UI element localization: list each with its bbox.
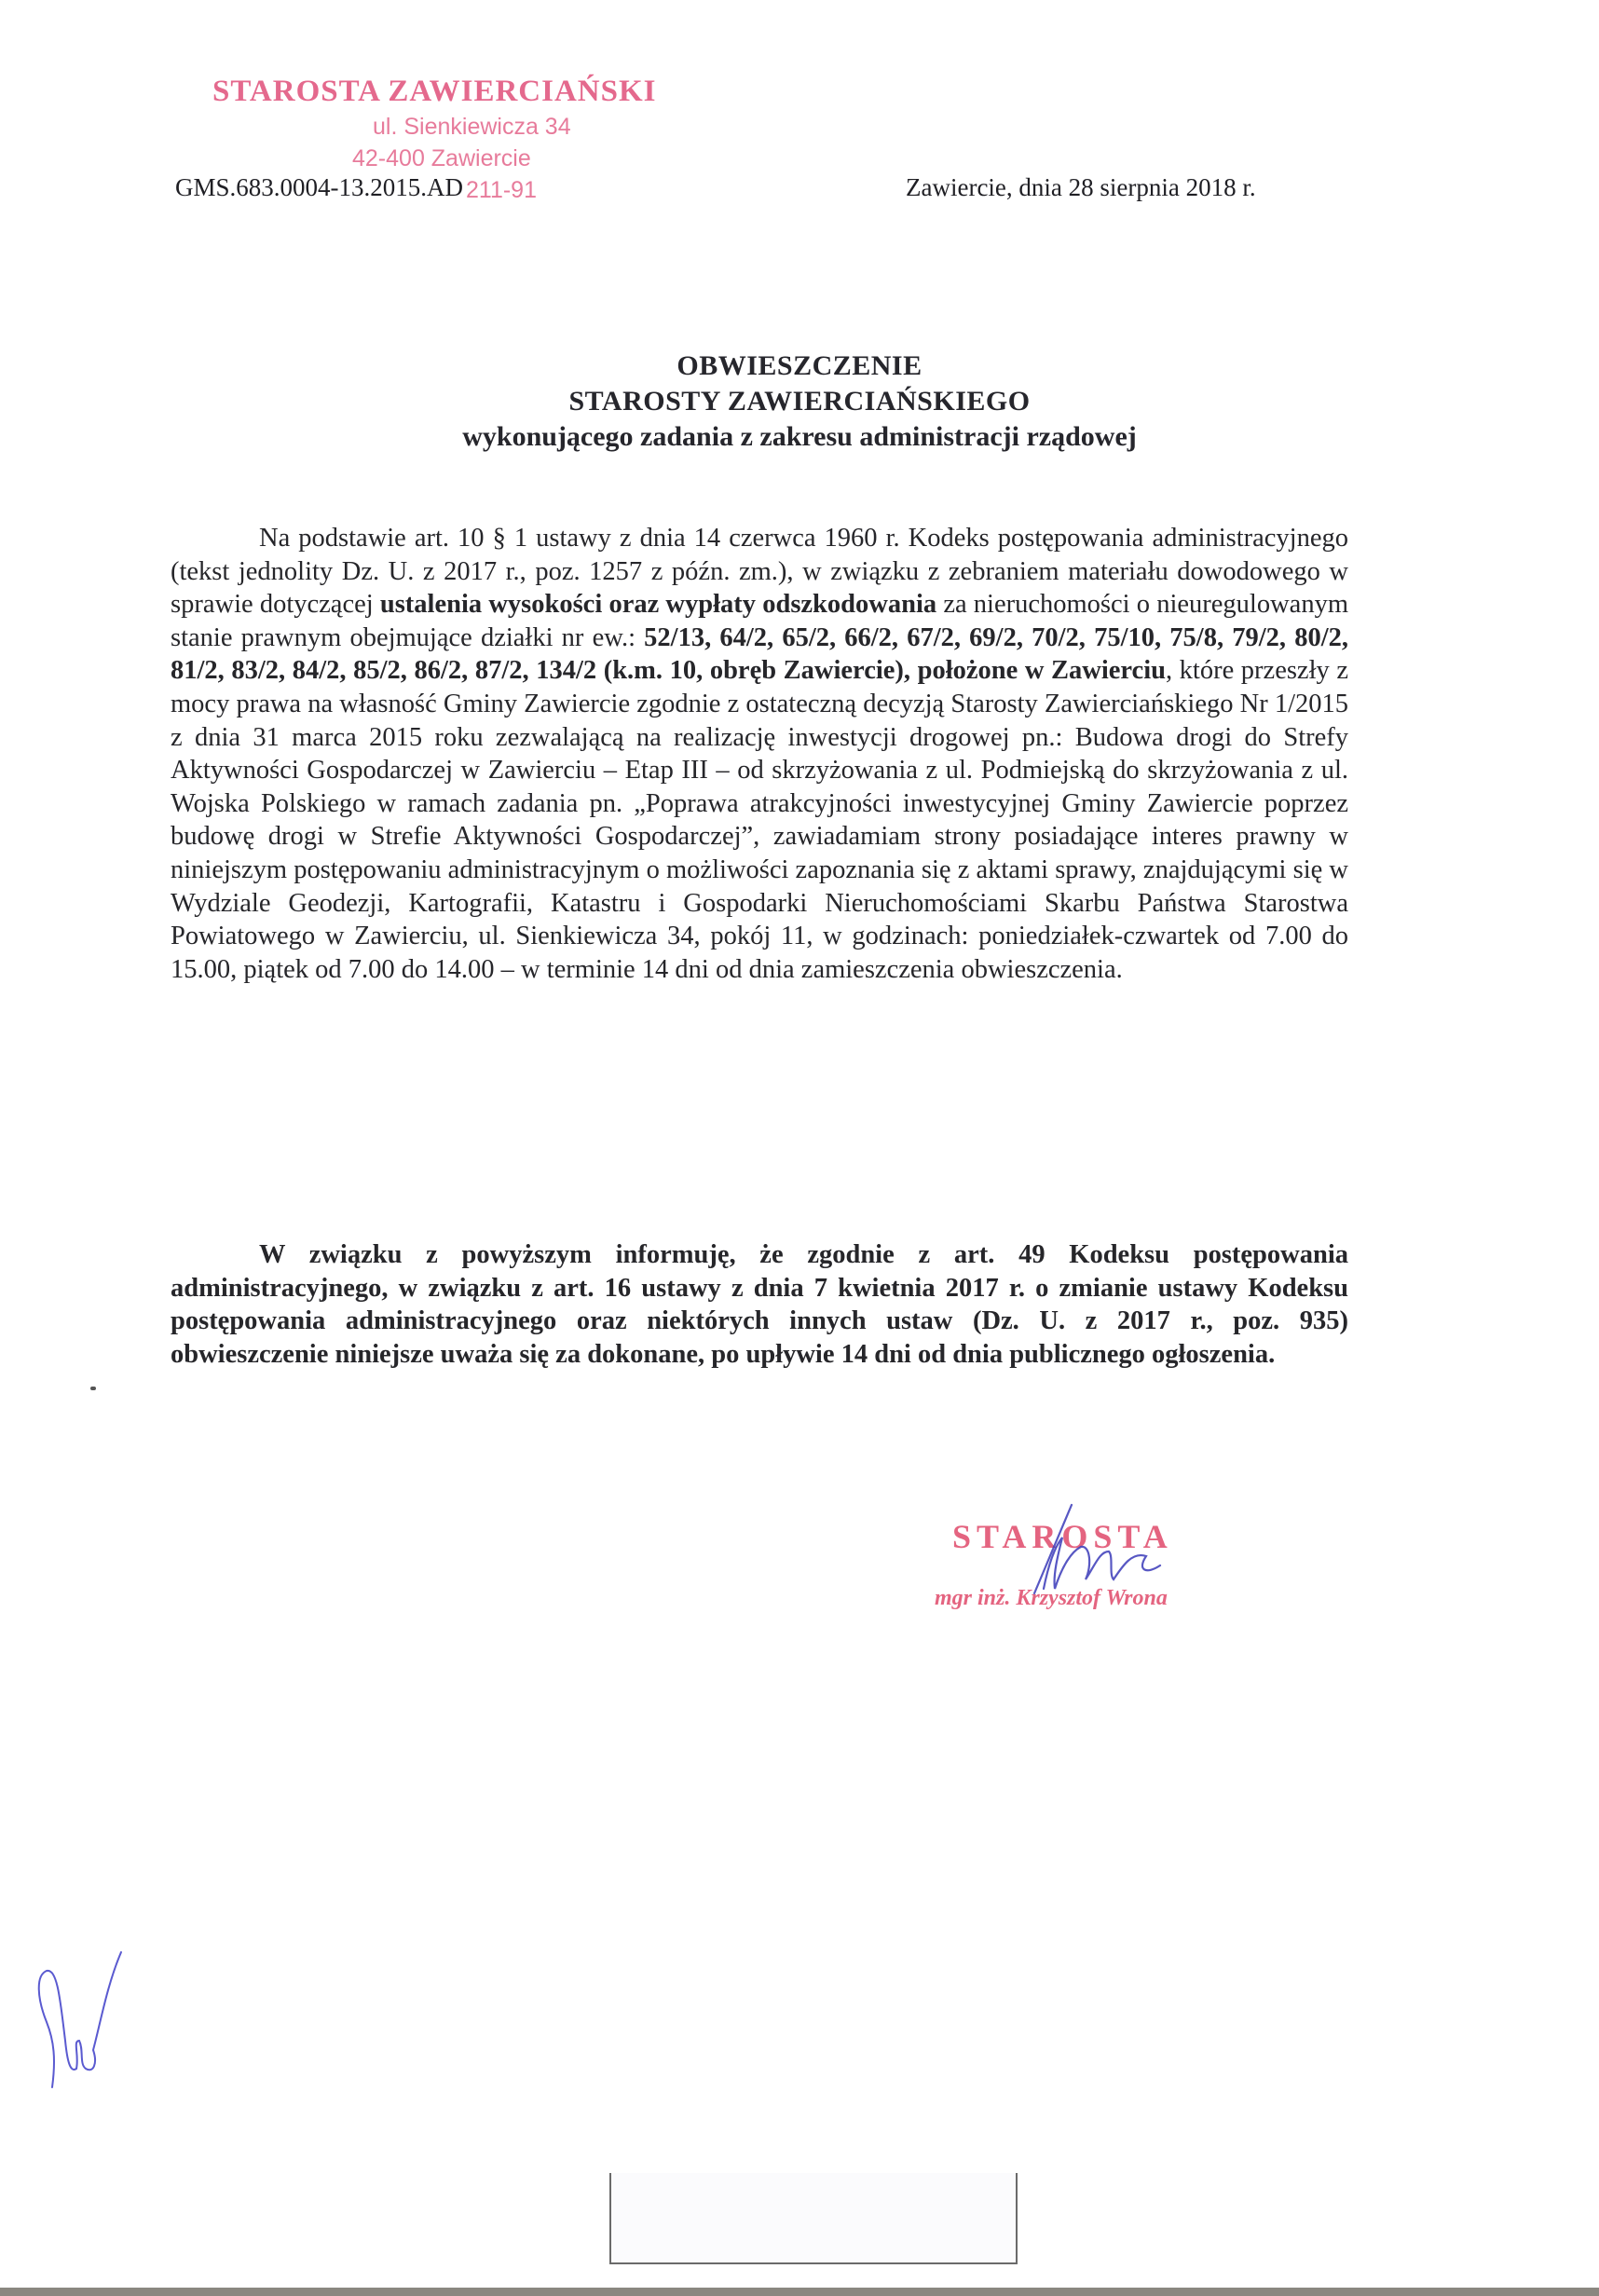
scanner-tray-edge — [609, 2173, 1018, 2264]
scan-speck — [90, 1387, 96, 1390]
document-title: OBWIESZCZENIE STAROSTY ZAWIERCIAŃSKIEGO … — [280, 348, 1319, 455]
stamp-city: 42-400 Zawiercie — [352, 145, 531, 172]
body-paragraph-1: Na podstawie art. 10 § 1 ustawy z dnia 1… — [171, 522, 1348, 986]
handwritten-signature-icon — [1006, 1500, 1193, 1603]
p1-text-3: , które przeszły z mocy prawa na własnoś… — [171, 656, 1348, 983]
reference-number: GMS.683.0004-13.2015.AD — [175, 173, 463, 202]
margin-initials-icon — [28, 1947, 130, 2097]
title-line-2: STAROSTY ZAWIERCIAŃSKIEGO — [280, 384, 1319, 419]
scanner-bottom-edge — [0, 2288, 1599, 2296]
stamp-street: ul. Sienkiewicza 34 — [373, 114, 571, 141]
body-paragraph-2: W związku z powyższym informuję, że zgod… — [171, 1238, 1348, 1371]
stamp-phone: 211-91 — [466, 177, 537, 204]
p2-text: W związku z powyższym informuję, że zgod… — [171, 1238, 1348, 1371]
date-line: Zawiercie, dnia 28 sierpnia 2018 r. — [906, 173, 1256, 202]
title-line-1: OBWIESZCZENIE — [280, 348, 1319, 384]
stamp-title: STAROSTA ZAWIERCIAŃSKI — [212, 75, 657, 109]
title-line-3: wykonującego zadania z zakresu administr… — [280, 419, 1319, 455]
p1-bold-1: ustalenia wysokości oraz wypłaty odszkod… — [380, 590, 936, 619]
